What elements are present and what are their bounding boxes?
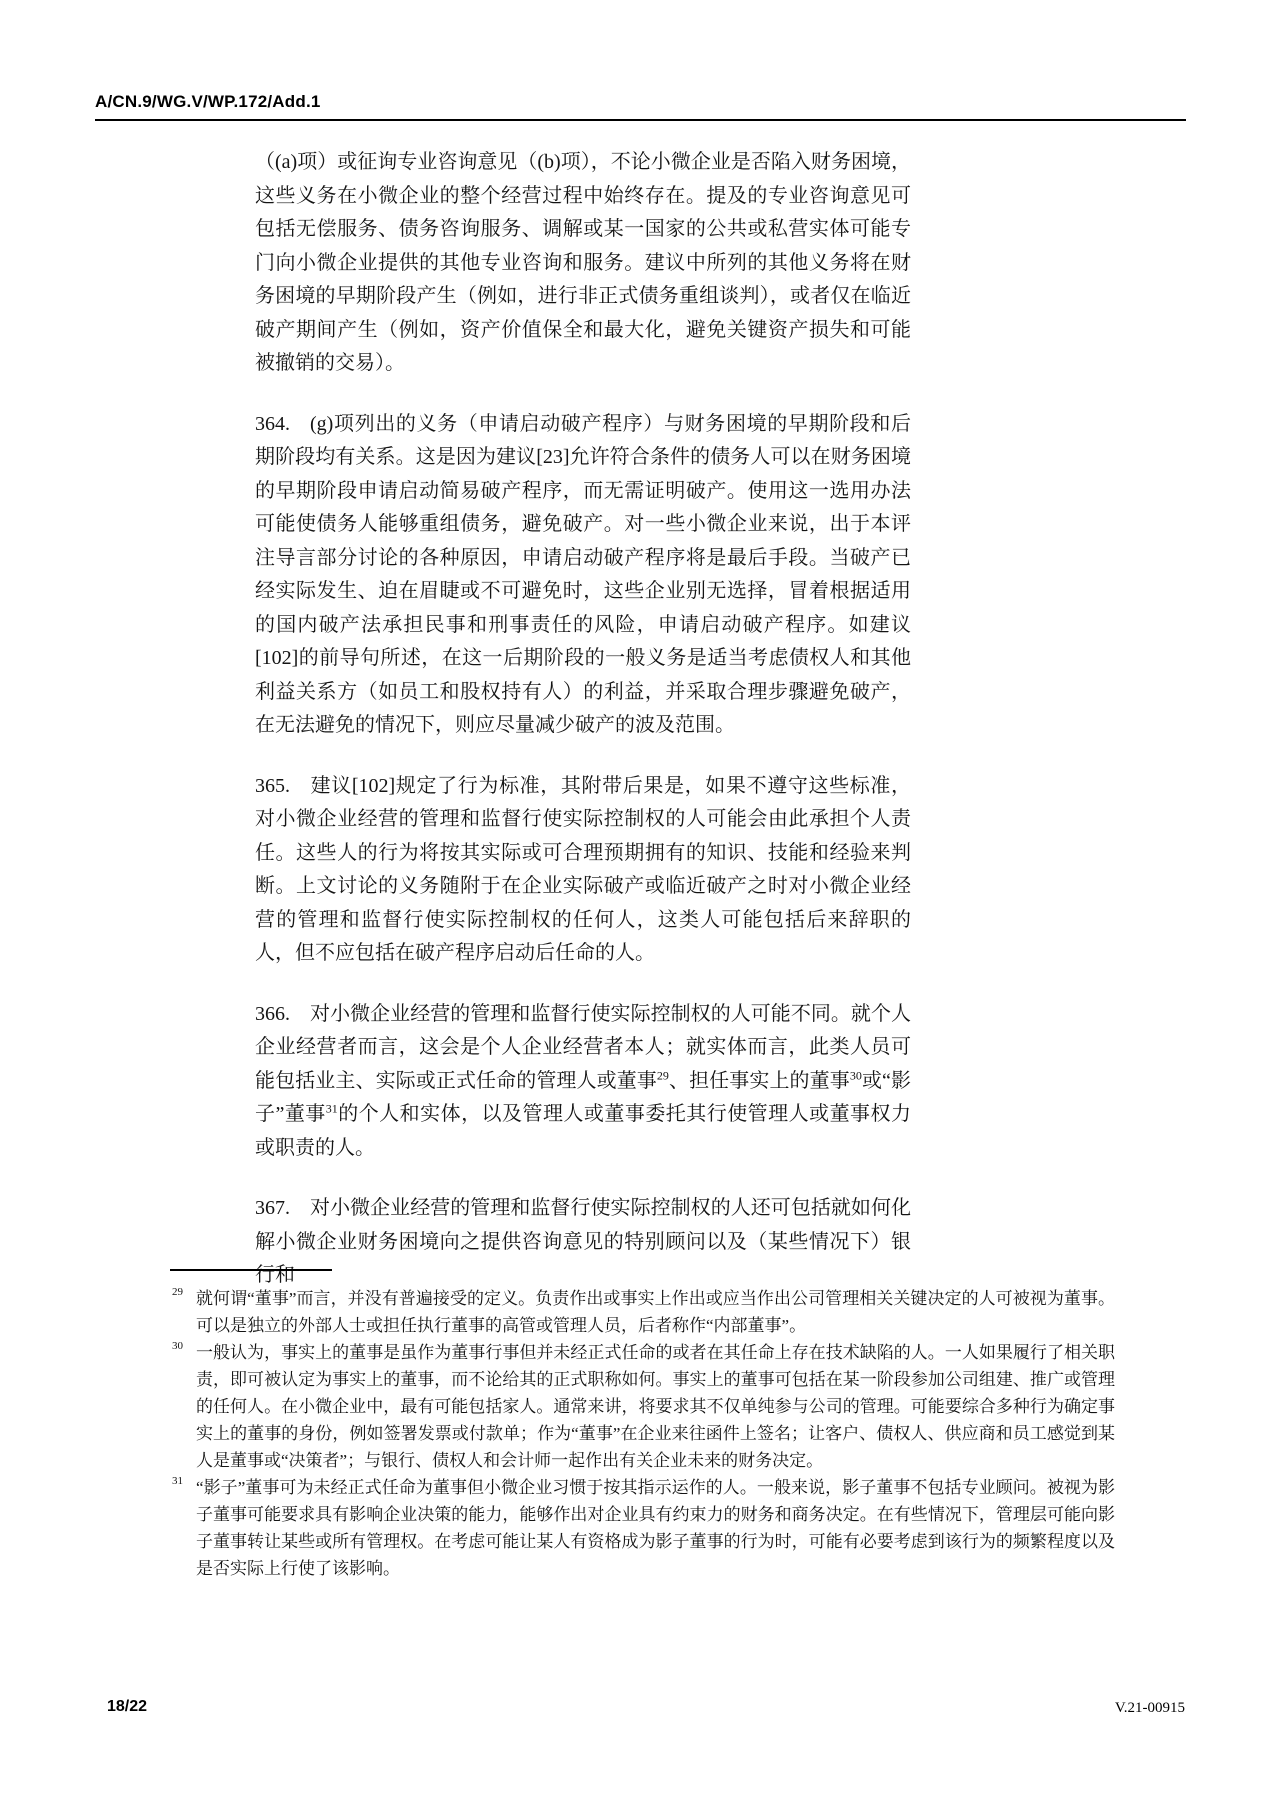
document-body: （(a)项）或征询专业咨询意见（(b)项），不论小微企业是否陷入财务困境，这些义… [255,146,911,1293]
footnote-ref-30: 30 [850,1068,862,1082]
footnotes-section: 29就何谓“董事”而言，并没有普遍接受的定义。负责作出或事实上作出或应当作出公司… [170,1285,1115,1582]
paragraph-366: 366. 对小微企业经营的管理和监督行使实际控制权的人可能不同。就个人企业经营者… [255,998,911,1166]
document-sales-number: V.21-00915 [1115,1700,1185,1717]
footnote-text: “影子”董事可为未经正式任命为董事但小微企业习惯于按其指示运作的人。一般来说，影… [196,1478,1115,1578]
header-rule [95,119,1186,121]
footnote-separator [170,1269,332,1271]
paragraph-366-text: 、担任事实上的董事 [669,1070,850,1092]
footnote-ref-31: 31 [326,1101,338,1115]
footnote-29: 29就何谓“董事”而言，并没有普遍接受的定义。负责作出或事实上作出或应当作出公司… [170,1285,1115,1339]
paragraph-367: 367. 对小微企业经营的管理和监督行使实际控制权的人还可包括就如何化解小微企业… [255,1192,911,1293]
document-symbol: A/CN.9/WG.V/WP.172/Add.1 [95,92,321,112]
footnote-number: 29 [172,1286,183,1298]
footnote-text: 一般认为，事实上的董事是虽作为董事行事但并未经正式任命的或者在其任命上存在技术缺… [196,1343,1115,1470]
paragraph-365: 365. 建议[102]规定了行为标准，其附带后果是，如果不遵守这些标准，对小微… [255,770,911,971]
footnote-number: 30 [172,1340,183,1352]
paragraph-366-text: 的个人和实体，以及管理人或董事委托其行使管理人或董事权力或职责的人。 [255,1103,911,1159]
footnote-31: 31“影子”董事可为未经正式任命为董事但小微企业习惯于按其指示运作的人。一般来说… [170,1474,1115,1582]
footnote-number: 31 [172,1475,183,1487]
footnote-text: 就何谓“董事”而言，并没有普遍接受的定义。负责作出或事实上作出或应当作出公司管理… [196,1289,1115,1335]
paragraph-continuation: （(a)项）或征询专业咨询意见（(b)项），不论小微企业是否陷入财务困境，这些义… [255,146,911,381]
footnote-30: 30一般认为，事实上的董事是虽作为董事行事但并未经正式任命的或者在其任命上存在技… [170,1339,1115,1474]
page-number: 18/22 [107,1698,147,1716]
document-page: A/CN.9/WG.V/WP.172/Add.1 （(a)项）或征询专业咨询意见… [0,0,1280,1809]
paragraph-364: 364. (g)项列出的义务（申请启动破产程序）与财务困境的早期阶段和后期阶段均… [255,408,911,743]
footnote-ref-29: 29 [657,1068,669,1082]
